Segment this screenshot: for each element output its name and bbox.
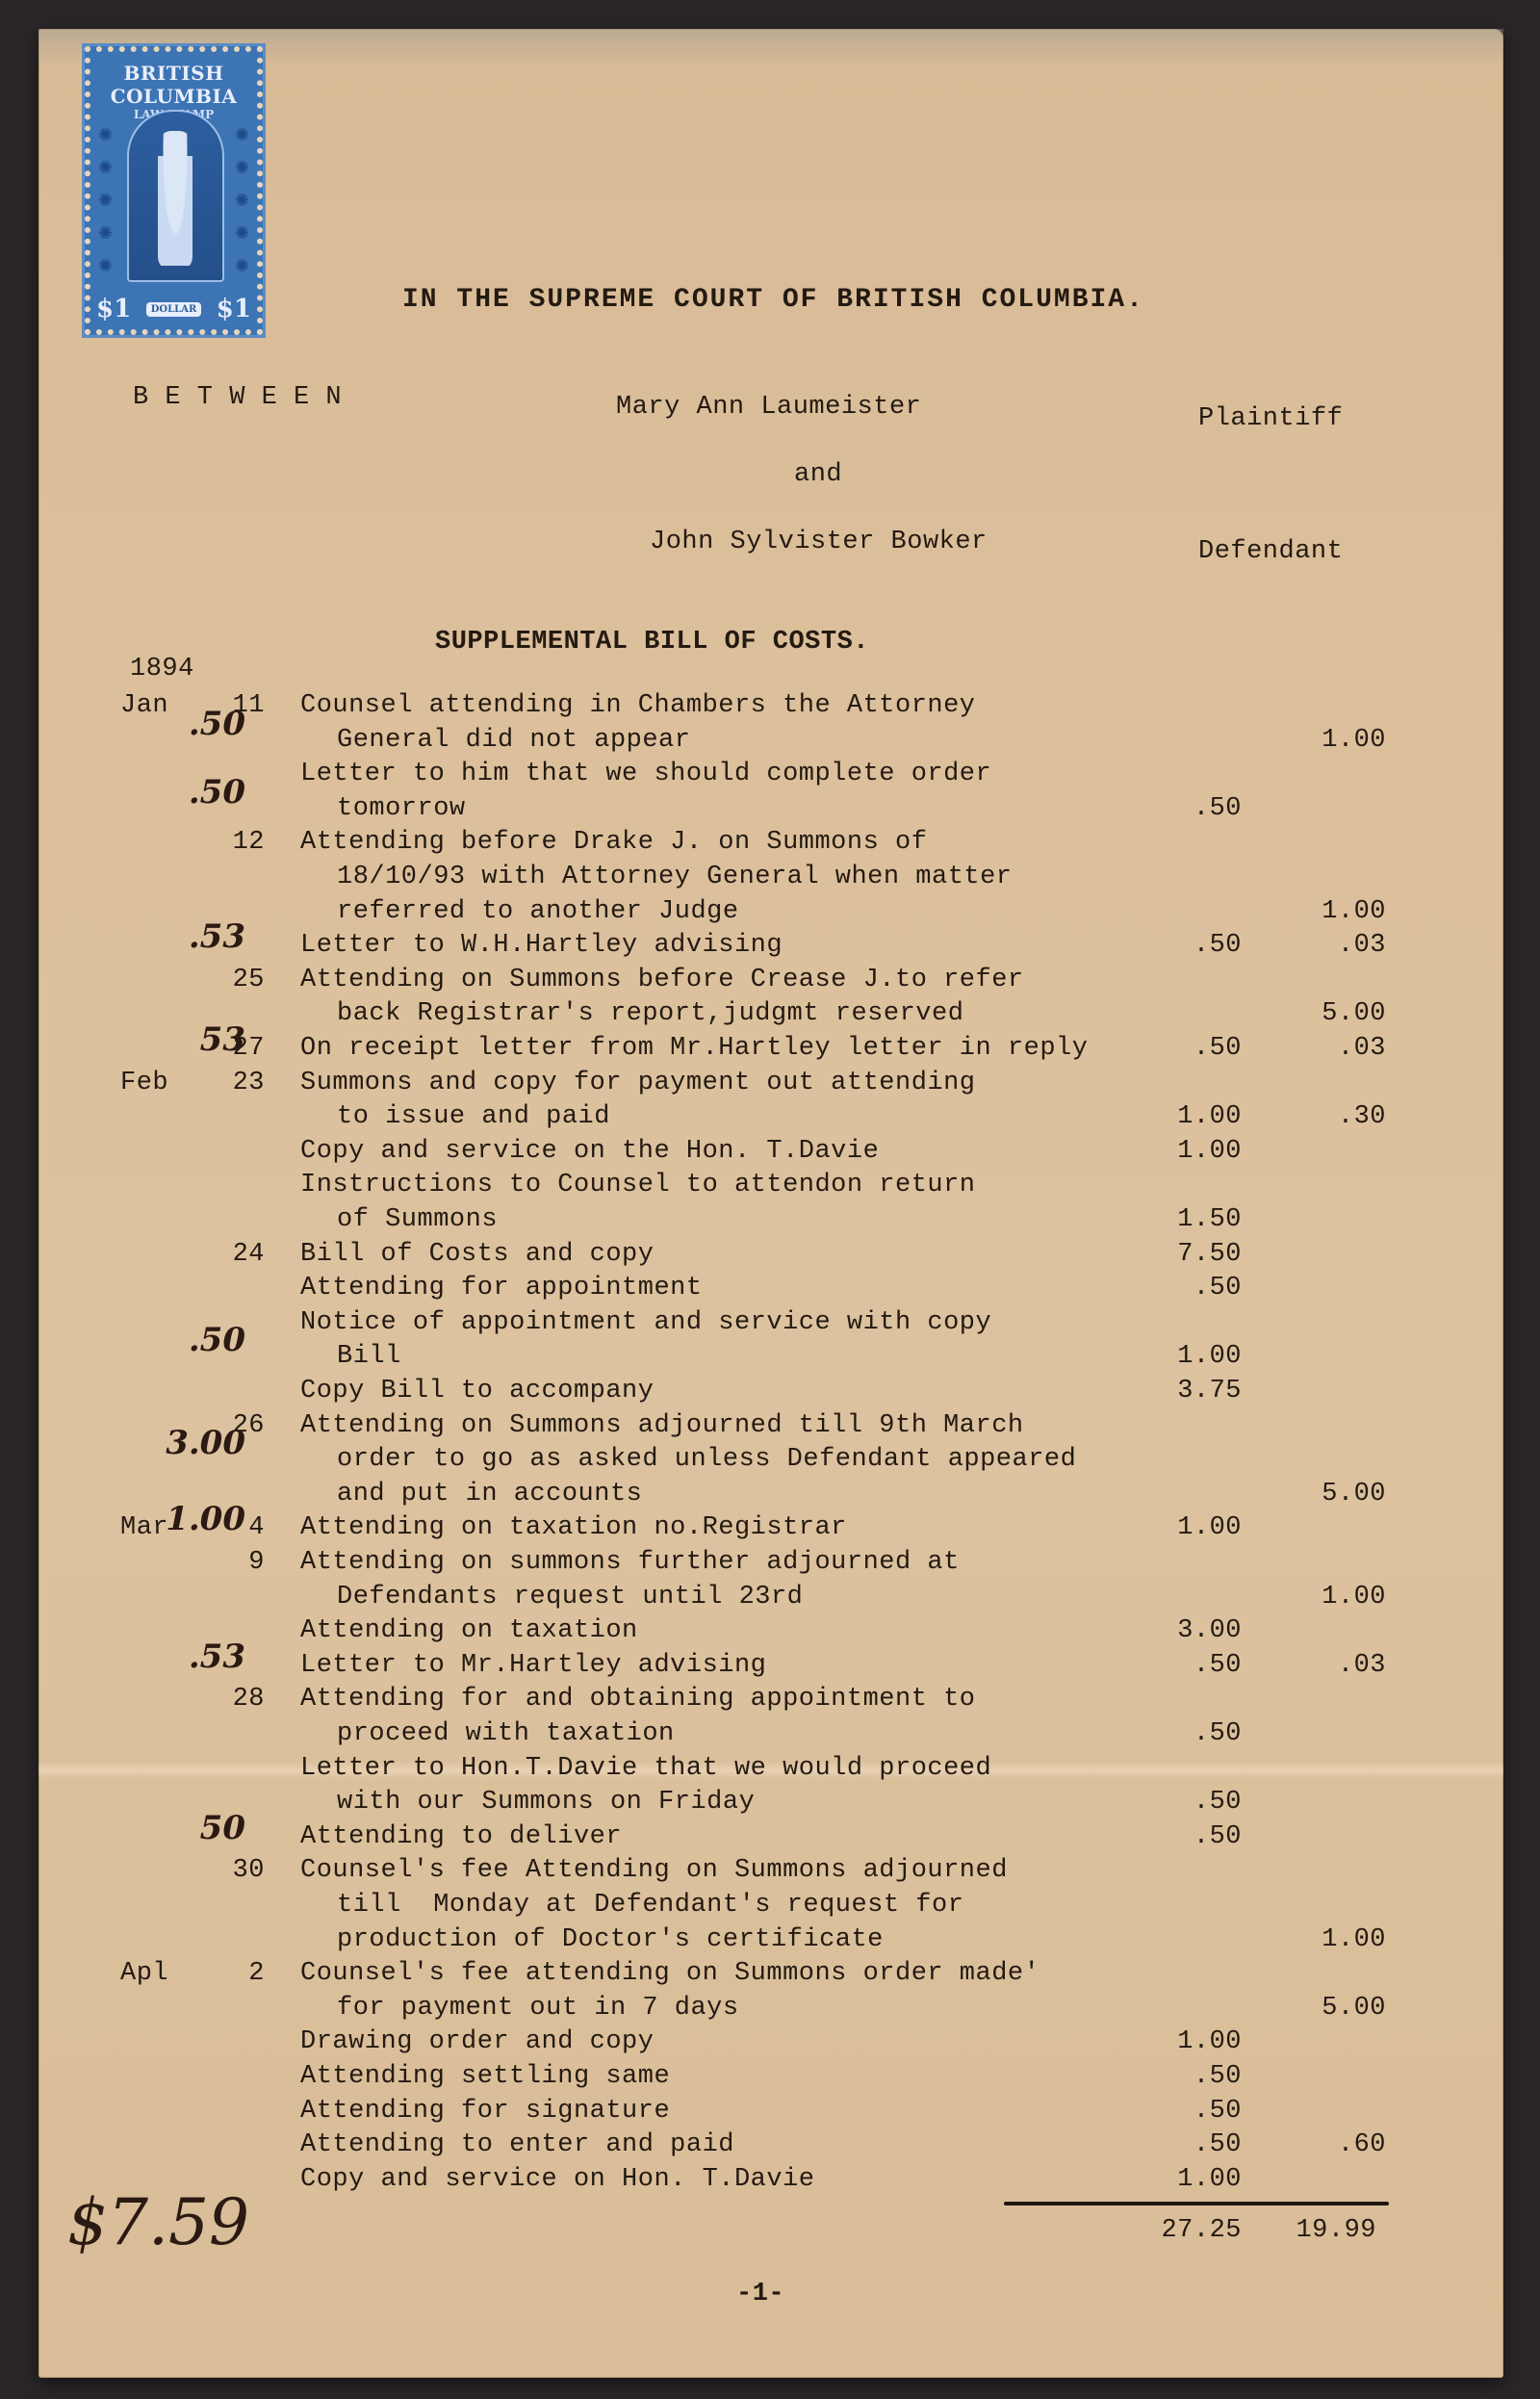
entry-day: 2: [207, 1959, 265, 1988]
handwritten-margin-note: .53: [144, 1638, 245, 1676]
entry-description-line: Copy Bill to accompany: [300, 1377, 654, 1406]
entry-description-line: Attending for signature: [300, 2097, 670, 2126]
entry-amount-col1: .50: [1097, 1651, 1242, 1680]
handwritten-margin-note: 50: [144, 1809, 245, 1847]
handwritten-margin-note: 1.00: [144, 1500, 245, 1538]
entry-description-line: 18/10/93 with Attorney General when matt…: [337, 863, 1013, 891]
entry-amount-col2: 5.00: [1242, 999, 1386, 1028]
between-label: B E T W E E N: [133, 383, 342, 412]
entry-description-line: Attending before Drake J. on Summons of: [300, 828, 927, 857]
entry-amount-col1: 1.00: [1097, 2027, 1242, 2056]
entry-month: Apl: [120, 1959, 168, 1988]
entry-description-line: referred to another Judge: [337, 897, 739, 926]
stamp-value-left: $1: [96, 295, 131, 323]
entry-description-line: Bill: [337, 1342, 401, 1371]
entry-amount-col1: .50: [1097, 2130, 1242, 2159]
year-label: 1894: [130, 655, 194, 684]
entry-amount-col2: 1.00: [1242, 897, 1386, 926]
page-number: -1-: [736, 2280, 784, 2309]
entry-amount-col1: 3.75: [1097, 1377, 1242, 1406]
plaintiff-label: Plaintiff: [1198, 404, 1343, 433]
entry-day: 23: [207, 1069, 265, 1097]
entry-description-line: General did not appear: [337, 726, 690, 755]
entry-amount-col1: 1.00: [1097, 1342, 1242, 1371]
entry-day: 9: [207, 1548, 265, 1577]
entry-description-line: and put in accounts: [337, 1480, 642, 1509]
entry-amount-col2: 5.00: [1242, 1994, 1386, 2023]
entry-amount-col2: .30: [1242, 1102, 1386, 1131]
entry-description-line: Letter to Mr.Hartley advising: [300, 1651, 766, 1680]
entry-description-line: Counsel's fee Attending on Summons adjou…: [300, 1856, 1008, 1885]
entry-amount-col1: .50: [1097, 1788, 1242, 1817]
justice-figure-icon: [158, 131, 192, 271]
plaintiff-name: Mary Ann Laumeister: [616, 393, 921, 422]
entry-amount-col1: .50: [1097, 794, 1242, 823]
conjunction-and: and: [794, 460, 842, 489]
entry-description-line: back Registrar's report,judgmt reserved: [337, 999, 963, 1028]
entry-amount-col2: 1.00: [1242, 1925, 1386, 1954]
entry-description-line: Attending to deliver: [300, 1822, 622, 1851]
entry-amount-col1: .50: [1097, 1719, 1242, 1748]
entry-description-line: Attending for and obtaining appointment …: [300, 1685, 976, 1714]
entry-description-line: order to go as asked unless Defendant ap…: [337, 1445, 1076, 1474]
entry-description-line: proceed with taxation: [337, 1719, 675, 1748]
entry-amount-col1: 7.50: [1097, 1240, 1242, 1269]
entry-description-line: Attending on taxation no.Registrar: [300, 1513, 847, 1542]
entry-description-line: Copy and service on the Hon. T.Davie: [300, 1137, 879, 1166]
entry-description-line: till Monday at Defendant's request for: [337, 1891, 963, 1920]
entry-amount-col1: 3.00: [1097, 1616, 1242, 1645]
entry-description-line: with our Summons on Friday: [337, 1788, 755, 1817]
entry-description-line: to issue and paid: [337, 1102, 610, 1131]
entry-amount-col2: .03: [1242, 931, 1386, 960]
entry-day: 28: [207, 1685, 265, 1714]
handwritten-margin-note: .53: [144, 917, 245, 956]
entry-amount-col1: .50: [1097, 931, 1242, 960]
total-col2: 19.99: [1242, 2216, 1376, 2245]
entry-description-line: Letter to him that we should complete or…: [300, 760, 991, 788]
totals-rule: [1004, 2202, 1389, 2206]
entry-description-line: Copy and service on Hon. T.Davie: [300, 2165, 814, 2194]
entry-amount-col1: 1.50: [1097, 1205, 1242, 1234]
handwritten-margin-note: 53: [144, 1020, 245, 1059]
entry-description-line: On receipt letter from Mr.Hartley letter…: [300, 1034, 1088, 1063]
entry-month: Feb: [120, 1069, 168, 1097]
stamp-niche: [127, 110, 224, 282]
entry-amount-col2: 1.00: [1242, 1583, 1386, 1612]
entry-description-line: Attending on taxation: [300, 1616, 638, 1645]
entry-amount-col1: .50: [1097, 1822, 1242, 1851]
entry-amount-col1: 1.00: [1097, 1513, 1242, 1542]
entry-description-line: Summons and copy for payment out attendi…: [300, 1069, 976, 1097]
stamp-value-center: DOLLAR: [146, 302, 202, 317]
entry-description-line: Attending settling same: [300, 2062, 670, 2091]
handwritten-margin-note: .50: [144, 1321, 245, 1359]
handwritten-margin-note: .50: [144, 705, 245, 743]
entry-day: 12: [207, 828, 265, 857]
entry-description-line: Letter to Hon.T.Davie that we would proc…: [300, 1754, 991, 1783]
document-title: SUPPLEMENTAL BILL OF COSTS.: [435, 628, 869, 657]
entry-amount-col2: .60: [1242, 2130, 1386, 2159]
entry-description-line: Counsel's fee attending on Summons order…: [300, 1959, 1039, 1988]
entry-description-line: production of Doctor's certificate: [337, 1925, 884, 1954]
entry-description-line: Letter to W.H.Hartley advising: [300, 931, 783, 960]
entry-amount-col2: 1.00: [1242, 726, 1386, 755]
handwritten-margin-note: .50: [144, 773, 245, 812]
entry-description-line: Notice of appointment and service with c…: [300, 1308, 991, 1337]
law-stamp: BRITISH COLUMBIA LAW STAMP ✺✺✺✺✺ ✺✺✺✺✺ $…: [85, 46, 263, 335]
entry-description-line: for payment out in 7 days: [337, 1994, 739, 2023]
handwritten-total: $7.59: [67, 2185, 249, 2259]
entry-description-line: Defendants request until 23rd: [337, 1583, 803, 1612]
entry-description-line: Attending on summons further adjourned a…: [300, 1548, 960, 1577]
entry-amount-col2: .03: [1242, 1651, 1386, 1680]
entry-amount-col2: 5.00: [1242, 1480, 1386, 1509]
stamp-value-right: $1: [217, 295, 251, 323]
entry-description-line: Counsel attending in Chambers the Attorn…: [300, 691, 976, 720]
rosette-icon: ✺✺✺✺✺: [98, 119, 113, 283]
entry-amount-col1: .50: [1097, 2062, 1242, 2091]
total-col1: 27.25: [1097, 2216, 1242, 2245]
entry-amount-col1: 1.00: [1097, 2165, 1242, 2194]
entry-description-line: Attending on Summons adjourned till 9th …: [300, 1411, 1024, 1440]
entry-amount-col1: 1.00: [1097, 1137, 1242, 1166]
court-heading: IN THE SUPREME COURT OF BRITISH COLUMBIA…: [402, 285, 1144, 315]
entry-amount-col1: .50: [1097, 2097, 1242, 2126]
entry-description-line: Attending to enter and paid: [300, 2130, 734, 2159]
entry-amount-col1: .50: [1097, 1034, 1242, 1063]
defendant-label: Defendant: [1198, 537, 1343, 566]
entry-description-line: Bill of Costs and copy: [300, 1240, 654, 1269]
entry-description-line: tomorrow: [337, 794, 466, 823]
entry-amount-col2: .03: [1242, 1034, 1386, 1063]
entry-description-line: Attending on Summons before Crease J.to …: [300, 966, 1024, 994]
entry-day: 25: [207, 966, 265, 994]
entry-amount-col1: 1.00: [1097, 1102, 1242, 1131]
entry-day: 30: [207, 1856, 265, 1885]
document-page: [38, 29, 1503, 2378]
entry-description-line: of Summons: [337, 1205, 498, 1234]
entry-day: 24: [207, 1240, 265, 1269]
handwritten-margin-note: 3.00: [144, 1424, 245, 1462]
stamp-arch-text: BRITISH COLUMBIA: [90, 62, 257, 108]
entry-description-line: Attending for appointment: [300, 1274, 703, 1303]
entry-description-line: Drawing order and copy: [300, 2027, 654, 2056]
entry-amount-col1: .50: [1097, 1274, 1242, 1303]
rosette-icon: ✺✺✺✺✺: [235, 119, 249, 283]
entry-description-line: Instructions to Counsel to attendon retu…: [300, 1171, 976, 1199]
defendant-name: John Sylvister Bowker: [650, 528, 988, 556]
